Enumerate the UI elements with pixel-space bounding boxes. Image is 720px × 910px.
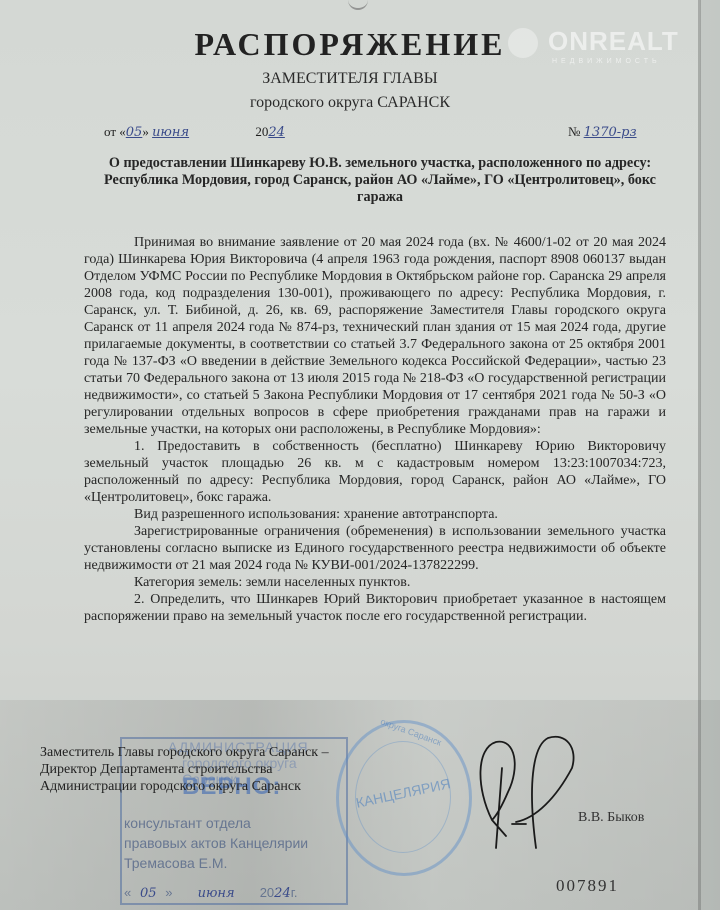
signatory-position: Заместитель Главы городского округа Сара… — [40, 744, 329, 795]
issuer-title: ЗАМЕСТИТЕЛЯ ГЛАВЫ — [0, 70, 700, 88]
document-subject: О предоставлении Шинкареву Ю.В. земельно… — [100, 155, 660, 206]
date-mid: » — [142, 124, 149, 139]
document-body: Принимая во внимание заявление от 20 мая… — [84, 234, 666, 625]
preamble-paragraph: Принимая во внимание заявление от 20 мая… — [84, 234, 666, 438]
number-prefix: № — [568, 124, 580, 139]
handwritten-signature-icon — [456, 728, 596, 858]
date-month: июня — [152, 125, 252, 140]
signatory-line-2: Директор Департамента строительства — [40, 761, 329, 778]
date-year: 24 — [268, 125, 285, 140]
signer-name: В.В. Быков — [578, 810, 644, 826]
issuer-district: городского округа САРАНСК — [0, 94, 700, 112]
date-prefix: от « — [104, 124, 126, 139]
stamp-date: «05» июня 2024г. — [124, 885, 298, 901]
item-1-paragraph: 1. Предоставить в собственность (бесплат… — [84, 438, 666, 506]
stamp-date-year: 24 — [274, 886, 291, 901]
stamp-date-year-prefix: 20 — [260, 885, 274, 900]
number-value: 1370-рз — [584, 125, 637, 140]
document-number: № 1370-рз — [568, 124, 637, 140]
restrictions-paragraph: Зарегистрированные ограничения (обремене… — [84, 523, 666, 574]
watermark-logo-icon — [508, 28, 538, 58]
signatory-line-1: Заместитель Главы городского округа Сара… — [40, 744, 329, 761]
stamp-line-2: правовых актов Канцелярии — [124, 835, 308, 851]
category-paragraph: Категория земель: земли населенных пункт… — [84, 574, 666, 591]
round-seal: округа Саранск КАНЦЕЛЯРИЯ — [336, 720, 472, 876]
stamp-date-day: 05 — [131, 886, 165, 901]
stamp-date-suffix: г. — [291, 885, 298, 900]
item-2-paragraph: 2. Определить, что Шинкарев Юрий Викторо… — [84, 591, 666, 625]
date-year-prefix: 20 — [255, 124, 268, 139]
watermark-brand: ONREALT — [548, 26, 679, 57]
date-day: 05 — [126, 125, 143, 140]
signatory-line-3: Администрации городского округа Саранск — [40, 778, 329, 795]
stamp-line-1: консультант отдела — [124, 815, 251, 831]
usage-paragraph: Вид разрешенного использования: хранение… — [84, 506, 666, 523]
serial-number: 007891 — [556, 876, 619, 896]
stamp-date-month: июня — [176, 886, 256, 901]
document-date: от «05» июня 2024 — [104, 124, 285, 140]
stamp-line-3: Тремасова Е.М. — [124, 855, 227, 871]
watermark-tagline: НЕДВИЖИМОСТЬ — [552, 58, 661, 65]
